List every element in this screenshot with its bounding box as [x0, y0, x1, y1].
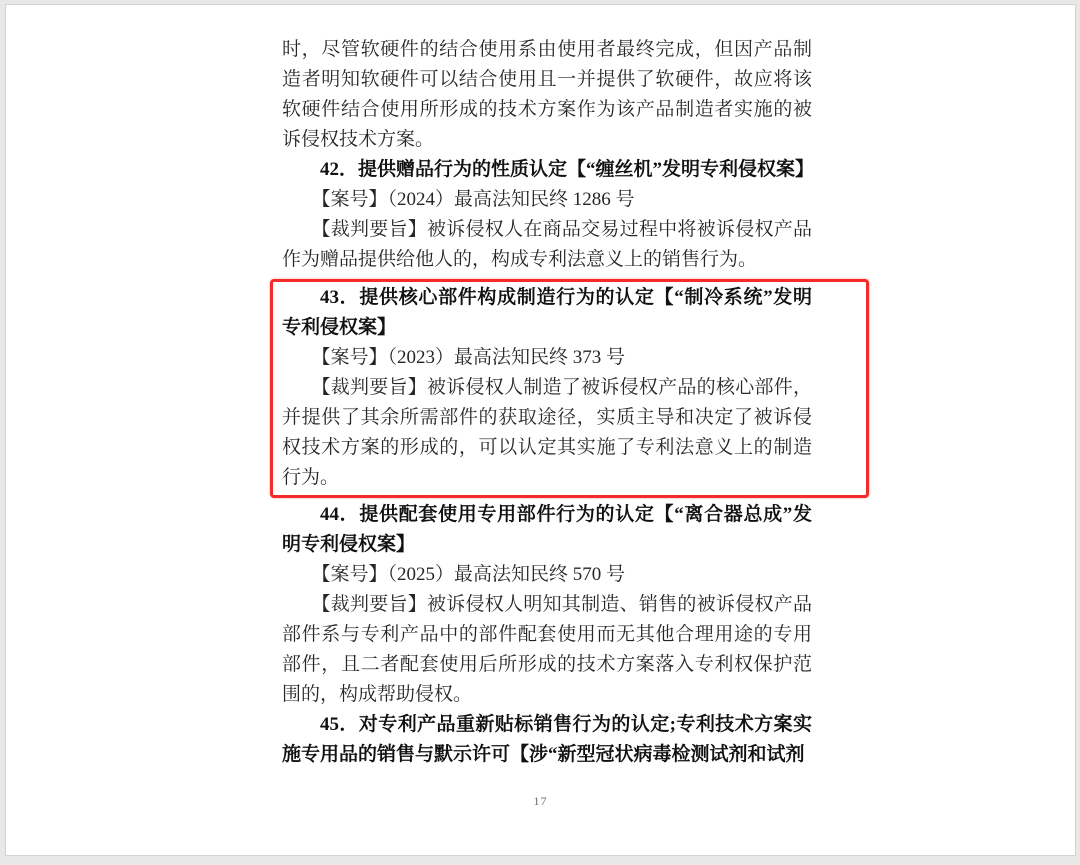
- case-heading: 43．提供核心部件构成制造行为的认定【“制冷系统”发明专利侵权案】: [282, 283, 812, 343]
- page-content: 时，尽管软硬件的结合使用系由使用者最终完成，但因产品制造者明知软硬件可以结合使用…: [282, 35, 812, 770]
- case-item-43-highlight-box: 43．提供核心部件构成制造行为的认定【“制冷系统”发明专利侵权案】 【案号】（2…: [270, 279, 869, 498]
- continuation-paragraph: 时，尽管软硬件的结合使用系由使用者最终完成，但因产品制造者明知软硬件可以结合使用…: [282, 35, 812, 155]
- case-number: 【案号】（2023）最高法知民终 373 号: [282, 343, 812, 373]
- case-item-42: 42．提供赠品行为的性质认定【“缠丝机”发明专利侵权案】 【案号】（2024）最…: [282, 155, 812, 275]
- case-holding: 【裁判要旨】被诉侵权人制造了被诉侵权产品的核心部件，并提供了其余所需部件的获取途…: [282, 373, 812, 493]
- case-heading: 44．提供配套使用专用部件行为的认定【“离合器总成”发明专利侵权案】: [282, 500, 812, 560]
- case-item-44: 44．提供配套使用专用部件行为的认定【“离合器总成”发明专利侵权案】 【案号】（…: [282, 500, 812, 710]
- case-holding: 【裁判要旨】被诉侵权人在商品交易过程中将被诉侵权产品作为赠品提供给他人的，构成专…: [282, 215, 812, 275]
- case-number: 【案号】（2024）最高法知民终 1286 号: [282, 185, 812, 215]
- case-item-45: 45．对专利产品重新贴标销售行为的认定;专利技术方案实施专用品的销售与默示许可【…: [282, 710, 812, 770]
- document-page: 时，尽管软硬件的结合使用系由使用者最终完成，但因产品制造者明知软硬件可以结合使用…: [5, 4, 1076, 856]
- case-heading: 42．提供赠品行为的性质认定【“缠丝机”发明专利侵权案】: [282, 155, 812, 185]
- page-number: 17: [6, 794, 1075, 809]
- case-holding: 【裁判要旨】被诉侵权人明知其制造、销售的被诉侵权产品部件系与专利产品中的部件配套…: [282, 590, 812, 710]
- case-number: 【案号】（2025）最高法知民终 570 号: [282, 560, 812, 590]
- case-heading: 45．对专利产品重新贴标销售行为的认定;专利技术方案实施专用品的销售与默示许可【…: [282, 710, 812, 770]
